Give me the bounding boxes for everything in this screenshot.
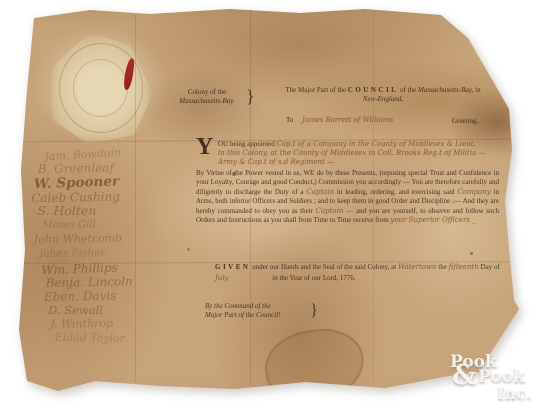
text-segment-print: under our Hands and the Seal of the said… <box>250 263 398 271</box>
colony-line2: Massachusetts-Bay. <box>168 97 246 106</box>
text-segment-given_word: GIVEN <box>215 263 250 271</box>
council-mid: of the <box>398 86 418 94</box>
auction-watermark-ampersand: & <box>452 360 476 391</box>
signature: Eldad Taylor <box>54 330 171 346</box>
council-line2: New-England, <box>272 95 494 104</box>
council-line1: The Major Part of the COUNCIL of the Mas… <box>272 86 494 95</box>
text-segment-print: Day of <box>479 263 500 271</box>
appointment-handwriting-3: Army & Cap.t of s.d Regiment — <box>218 158 438 167</box>
colony-embossed-seal-icon <box>48 32 153 144</box>
council-word: COUNCIL <box>348 86 399 94</box>
text-segment-script: fifteenth <box>449 263 479 271</box>
colony-block: Colony of the Massachusetts-Bay. <box>168 88 246 107</box>
auction-photo: Colony of the Massachusetts-Bay. } The M… <box>0 0 550 412</box>
document-shadow: Colony of the Massachusetts-Bay. } The M… <box>0 0 550 412</box>
greeting-label: Greeting. <box>452 117 478 126</box>
command-line2: Major Part of the Council! <box>205 311 313 320</box>
appointment-line1: OU being appointed Cap.t of a Company in… <box>218 140 500 149</box>
to-label: To <box>286 116 293 124</box>
council-colony: Massachusetts-Bay, <box>418 86 473 94</box>
commission-document: Colony of the Massachusetts-Bay. } The M… <box>0 0 550 412</box>
appointment-handwriting-1: Cap.t of a Company in the County of Midd… <box>277 140 476 148</box>
signature: Eben. Davis <box>44 288 171 304</box>
command-bracket: } <box>310 300 318 320</box>
text-segment-script: Captain <box>306 188 334 196</box>
signature: D. Sewall <box>48 303 171 317</box>
command-block: By the Command of the Major Part of the … <box>205 302 313 321</box>
text-segment-script: Company <box>457 188 490 196</box>
auction-watermark-inc: Inc. <box>497 384 531 403</box>
council-heading: The Major Part of the COUNCIL of the Mas… <box>272 86 494 105</box>
seal-inner-ring <box>73 59 128 117</box>
commission-body-paragraph: By Virtue of the Power vested in us, WE … <box>196 169 499 225</box>
colony-bracket: } <box>246 86 255 107</box>
appointment-printed: OU being appointed <box>218 140 277 148</box>
appointment-handwriting-2: in this Colony, at the County of Middles… <box>218 149 496 158</box>
to-line: To James Barrett of Williams Greeting. <box>286 116 486 125</box>
text-segment-print: the <box>437 263 449 271</box>
text-segment-script: Captain — <box>316 207 354 215</box>
given-block: GIVEN under our Hands and the Seal of th… <box>215 262 507 284</box>
colony-line1: Colony of the <box>168 88 246 97</box>
stain-speck <box>470 252 473 255</box>
council-lead: The Major Part of the <box>285 86 347 94</box>
water-stain <box>260 323 368 408</box>
recipient-name-handwriting: James Barrett of Williams <box>302 116 447 125</box>
text-segment-script: July <box>215 274 229 282</box>
text-segment-print: in the Year of our Lord, 1776. <box>271 274 356 282</box>
stain-speck <box>187 248 190 251</box>
text-segment-script: your Superior Officers _ <box>390 216 475 224</box>
text-segment-script: Watertown <box>398 263 437 271</box>
text-segment-print: in leading, ordering, and exercising sai… <box>334 188 457 196</box>
council-tail: in <box>473 86 480 94</box>
dropcap-Y: Y <box>196 135 213 159</box>
command-line1: By the Command of the <box>205 302 313 311</box>
signature: S. Holten <box>37 204 169 218</box>
council-signatures-column: Jam. BowdoinB. GreenleafW. SpoonerCaleb … <box>28 146 171 347</box>
